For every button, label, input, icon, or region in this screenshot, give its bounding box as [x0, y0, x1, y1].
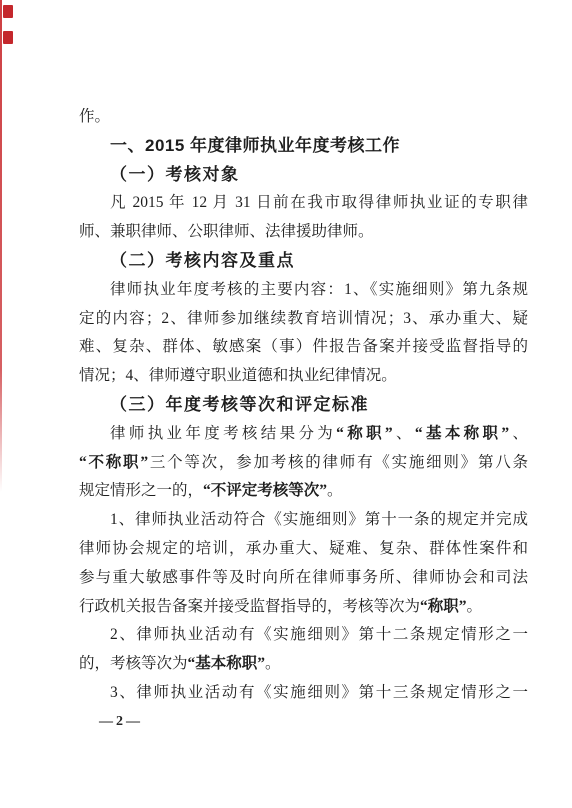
text-line: 行政机关报告备案并接受监督指导的，考核等次为“称职”。: [79, 593, 528, 622]
text-line: 师、兼职律师、公职律师、法律援助律师。: [79, 218, 528, 247]
text-run: 作。: [79, 108, 110, 125]
text-run: 律师协会规定的培训，承办重大、疑难、复杂、群体性案件和: [79, 540, 528, 557]
text-run: 情况；4、律师遵守职业道德和执业纪律情况。: [79, 367, 397, 384]
bold-text-run: 一、2015 年度律师执业年度考核工作: [110, 136, 400, 155]
text-run: 难、复杂、群体、敏感案（事）件报告备案并接受监督指导的: [79, 338, 528, 355]
text-line: 参与重大敏感事件等及时向所在律师事务所、律师协会和司法: [79, 564, 528, 593]
text-line: 凡 2015 年 12 月 31 日前在我市取得律师执业证的专职律: [79, 189, 528, 218]
text-run: 。: [327, 482, 343, 499]
text-run: 三个等次，参加考核的律师有《实施细则》第八条: [148, 454, 528, 471]
scan-artifact-red-mark-bottom: [3, 31, 13, 44]
scanned-document-page: 作。一、2015 年度律师执业年度考核工作（一）考核对象凡 2015 年 12 …: [0, 0, 572, 808]
sub-heading: （一）考核对象: [79, 161, 528, 190]
text-line: 的，考核等次为“基本称职”。: [79, 650, 528, 679]
text-line: 规定情形之一的，“不评定考核等次”。: [79, 477, 528, 506]
bold-text-run: “称职”: [420, 598, 467, 615]
text-line: 1、律师执业活动符合《实施细则》第十一条的规定并完成: [79, 506, 528, 535]
document-body: 作。一、2015 年度律师执业年度考核工作（一）考核对象凡 2015 年 12 …: [79, 103, 528, 708]
text-line: 律师执业年度考核的主要内容：1、《实施细则》第九条规: [79, 276, 528, 305]
text-line: 3、律师执业活动有《实施细则》第十三条规定情形之一: [79, 679, 528, 708]
text-run: 律师执业年度考核结果分为: [110, 425, 336, 442]
text-run: 。: [467, 598, 483, 615]
text-line: 律师协会规定的培训，承办重大、疑难、复杂、群体性案件和: [79, 535, 528, 564]
text-run: 参与重大敏感事件等及时向所在律师事务所、律师协会和司法: [79, 569, 528, 586]
bold-text-run: （二）考核内容及重点: [110, 251, 295, 270]
bold-text-run: “称职”: [336, 425, 393, 442]
bold-text-run: “不评定考核等次”: [203, 482, 327, 499]
bold-text-run: （一）考核对象: [110, 165, 240, 184]
sub-heading: （二）考核内容及重点: [79, 247, 528, 276]
text-run: 的，考核等次为: [79, 655, 188, 672]
text-run: 凡 2015 年 12 月 31 日前在我市取得律师执业证的专职律: [110, 194, 528, 211]
text-run: 师、兼职律师、公职律师、法律援助律师。: [79, 223, 374, 240]
text-line: 作。: [79, 103, 528, 132]
text-run: 、: [509, 425, 528, 442]
text-run: 律师执业年度考核的主要内容：1、《实施细则》第九条规: [110, 281, 528, 298]
text-run: 、: [393, 425, 415, 442]
scan-artifact-red-edge-line: [0, 0, 2, 492]
text-run: 2、律师执业活动有《实施细则》第十二条规定情形之一: [110, 626, 528, 643]
text-line: 情况；4、律师遵守职业道德和执业纪律情况。: [79, 362, 528, 391]
text-run: 定的内容；2、律师参加继续教育培训情况；3、承办重大、疑: [79, 310, 528, 327]
text-run: 1、律师执业活动符合《实施细则》第十一条的规定并完成: [110, 511, 528, 528]
text-run: 行政机关报告备案并接受监督指导的，考核等次为: [79, 598, 420, 615]
bold-text-run: “基本称职”: [188, 655, 266, 672]
bold-text-run: “基本称职”: [415, 425, 509, 442]
text-line: 定的内容；2、律师参加继续教育培训情况；3、承办重大、疑: [79, 305, 528, 334]
text-line: 难、复杂、群体、敏感案（事）件报告备案并接受监督指导的: [79, 333, 528, 362]
page-number: —2—: [99, 714, 143, 730]
sub-heading: （三）年度考核等次和评定标准: [79, 391, 528, 420]
text-run: 。: [265, 655, 281, 672]
section-heading: 一、2015 年度律师执业年度考核工作: [79, 132, 528, 161]
bold-text-run: （三）年度考核等次和评定标准: [110, 395, 369, 414]
text-line: 2、律师执业活动有《实施细则》第十二条规定情形之一: [79, 621, 528, 650]
text-run: 规定情形之一的，: [79, 482, 203, 499]
text-run: 3、律师执业活动有《实施细则》第十三条规定情形之一: [110, 684, 528, 701]
text-line: 律师执业年度考核结果分为“称职”、“基本称职”、: [79, 420, 528, 449]
bold-text-run: “不称职”: [79, 454, 148, 471]
text-line: “不称职”三个等次，参加考核的律师有《实施细则》第八条: [79, 449, 528, 478]
scan-artifact-red-mark-top: [3, 5, 13, 18]
